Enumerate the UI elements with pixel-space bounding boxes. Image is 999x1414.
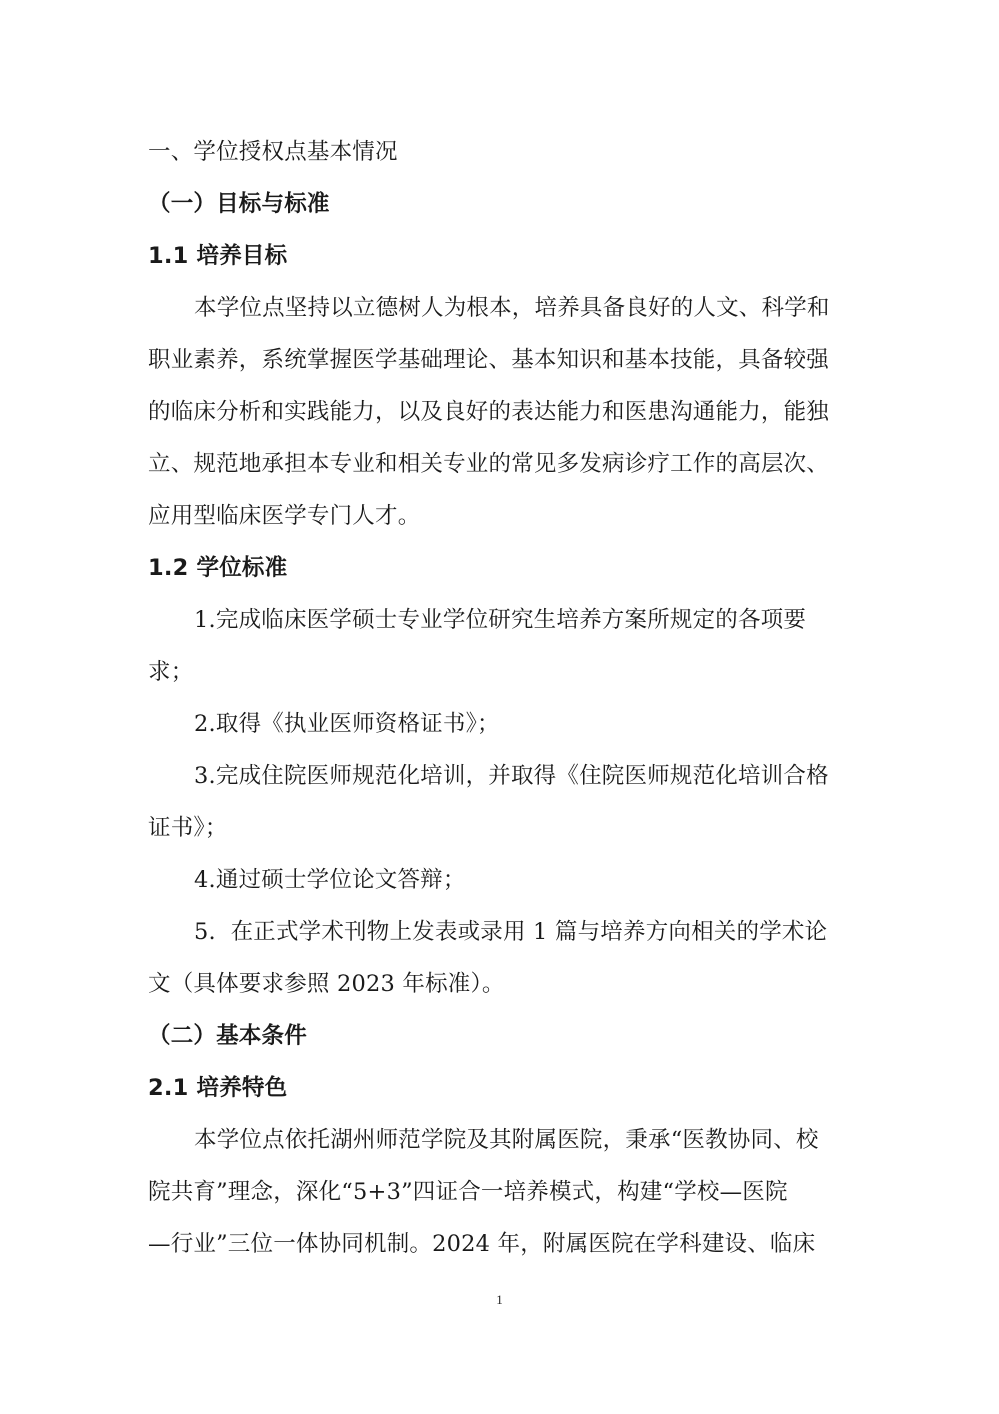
- list-item-line: 2.取得《执业医师资格证书》；: [148, 698, 852, 750]
- standards-list: 1.完成临床医学硕士专业学位研究生培养方案所规定的各项要 求； 2.取得《执业医…: [148, 594, 852, 1010]
- list-item-line: 1.完成临床医学硕士专业学位研究生培养方案所规定的各项要: [148, 594, 852, 646]
- list-item-line: 证书》；: [148, 802, 852, 854]
- subsection-title: （一）目标与标准: [148, 178, 852, 230]
- paragraph-training-features: 本学位点依托湖州师范学院及其附属医院，秉承“医教协同、校 院共育”理念，深化“5…: [148, 1114, 852, 1270]
- paragraph-line: 立、规范地承担本专业和相关专业的常见多发病诊疗工作的高层次、: [148, 438, 852, 490]
- document-page: 一、学位授权点基本情况 （一）目标与标准 1.1 培养目标 本学位点坚持以立德树…: [148, 128, 852, 1270]
- paragraph-line: 本学位点依托湖州师范学院及其附属医院，秉承“医教协同、校: [148, 1114, 852, 1166]
- paragraph-training-goals: 本学位点坚持以立德树人为根本，培养具备良好的人文、科学和 职业素养，系统掌握医学…: [148, 282, 852, 542]
- paragraph-line: 应用型临床医学专门人才。: [148, 490, 852, 542]
- subsection-title: （二）基本条件: [148, 1010, 852, 1062]
- page-number: 1: [0, 1292, 999, 1308]
- list-item-line: 4.通过硕士学位论文答辩；: [148, 854, 852, 906]
- paragraph-line: 本学位点坚持以立德树人为根本，培养具备良好的人文、科学和: [148, 282, 852, 334]
- list-item-line: 求；: [148, 646, 852, 698]
- paragraph-line: 的临床分析和实践能力，以及良好的表达能力和医患沟通能力，能独: [148, 386, 852, 438]
- list-item-line: 文（具体要求参照 2023 年标准）。: [148, 958, 852, 1010]
- section-title: 一、学位授权点基本情况: [148, 126, 852, 178]
- heading-training-goals: 1.1 培养目标: [148, 230, 852, 282]
- paragraph-line: —行业”三位一体协同机制。2024 年，附属医院在学科建设、临床: [148, 1218, 852, 1270]
- paragraph-line: 职业素养，系统掌握医学基础理论、基本知识和基本技能，具备较强: [148, 334, 852, 386]
- list-item-line: 5. 在正式学术刊物上发表或录用 1 篇与培养方向相关的学术论: [148, 906, 852, 958]
- heading-degree-standards: 1.2 学位标准: [148, 542, 852, 594]
- paragraph-line: 院共育”理念，深化“5+3”四证合一培养模式，构建“学校—医院: [148, 1166, 852, 1218]
- list-item-line: 3.完成住院医师规范化培训，并取得《住院医师规范化培训合格: [148, 750, 852, 802]
- heading-training-features: 2.1 培养特色: [148, 1062, 852, 1114]
